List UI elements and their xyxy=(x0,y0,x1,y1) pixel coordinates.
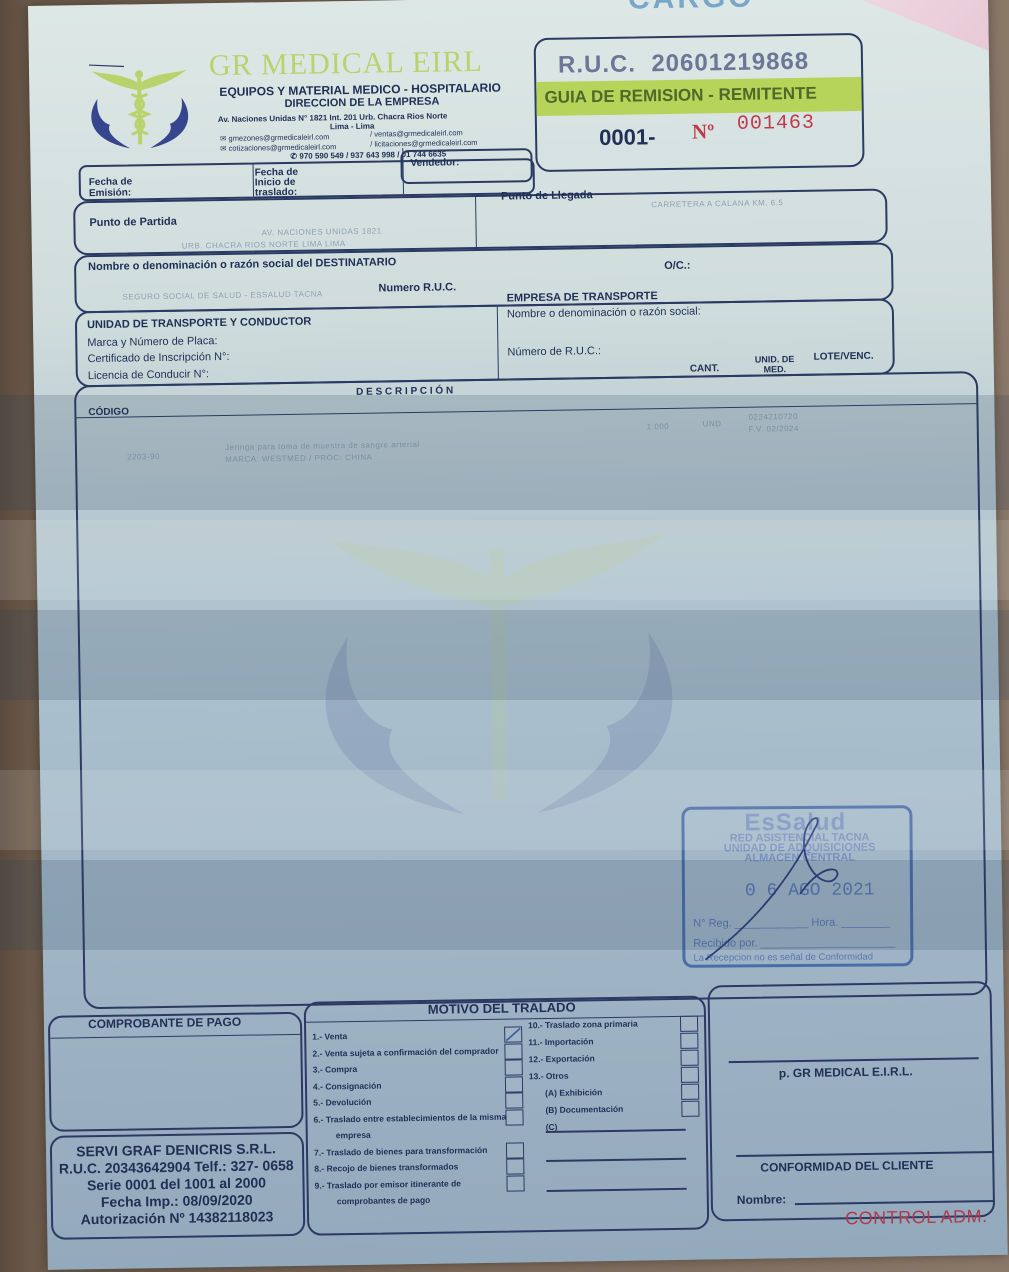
empresa-ruc-label: Número de R.U.C.: xyxy=(507,345,601,358)
remission-guide-sheet: CARGO GR MEDICAL EIRL EQUIPOS Y MATERIAL… xyxy=(28,0,1008,1270)
motivo-right-list xyxy=(28,0,988,6)
signature-box xyxy=(707,981,995,1221)
row-cant: 1.000 xyxy=(647,422,670,431)
comprobante-title: COMPROBANTE DE PAGO xyxy=(88,1015,241,1031)
motivo-option-label: 3.- Compra xyxy=(313,1064,358,1075)
client-conformity-label: CONFORMIDAD DEL CLIENTE xyxy=(760,1158,933,1175)
essalud-reception-stamp: EsSalud RED ASISTENCIAL TACNA UNIDAD DE … xyxy=(681,805,913,968)
motivo-option-label: comprobantes de pago xyxy=(337,1195,431,1206)
motivo-checkbox[interactable] xyxy=(506,1158,524,1174)
address-title: DIRECCION DE LA EMPRESA xyxy=(284,96,439,110)
motivo-checkbox[interactable] xyxy=(504,1026,522,1042)
certificado-label: Certificado de Inscripción N°: xyxy=(87,351,229,365)
motivo-checkbox[interactable] xyxy=(680,1016,698,1032)
nombre-label: Nombre: xyxy=(737,1192,787,1207)
punto-partida-label: Punto de Partida xyxy=(89,216,177,229)
address-line-2: Lima - Lima xyxy=(330,122,375,132)
oc-label: O/C.: xyxy=(664,260,690,272)
col-codigo: CÓDIGO xyxy=(88,406,129,418)
doc-type: GUIA DE REMISION - REMITENTE xyxy=(544,84,817,108)
doc-serie: 0001- xyxy=(599,124,656,151)
motivo-checkbox[interactable] xyxy=(505,1076,523,1092)
licencia-label: Licencia de Conducir N°: xyxy=(88,368,209,382)
ruc-box: R.U.C. 20601219868 GUIA DE REMISION - RE… xyxy=(534,33,865,172)
cargo-stamp-fragment: CARGO xyxy=(628,0,755,17)
motivo-checkbox[interactable] xyxy=(680,1050,698,1066)
motivo-option-label: (A) Exhibición xyxy=(545,1087,602,1098)
ruc-number: R.U.C. 20601219868 xyxy=(558,48,810,80)
sender-signature-label: p. GR MEDICAL E.I.R.L. xyxy=(779,1064,913,1080)
motivo-left-list xyxy=(28,0,988,6)
motivo-option-label: 11.- Importación xyxy=(528,1036,593,1047)
motivo-title: MOTIVO DEL TRALADO xyxy=(428,1000,576,1017)
motivo-checkbox[interactable] xyxy=(681,1101,699,1117)
motivo-checkbox[interactable] xyxy=(506,1142,524,1158)
motivo-checkbox[interactable] xyxy=(680,1033,698,1049)
motivo-checkbox[interactable] xyxy=(505,1092,523,1108)
row-codigo: 2203-90 xyxy=(127,452,160,462)
printer-info: SERVI GRAF DENICRIS S.R.L. R.U.C. 203436… xyxy=(52,1140,301,1229)
col-lote: LOTE/VENC. xyxy=(814,351,874,363)
signature-icon xyxy=(684,808,910,965)
motivo-checkbox[interactable] xyxy=(504,1043,522,1059)
motivo-option-label: 10.- Traslado zona primaria xyxy=(528,1019,638,1031)
empresa-transporte-label: EMPRESA DE TRANSPORTE xyxy=(507,290,658,304)
motivo-option-label: 1.- Venta xyxy=(312,1031,347,1042)
punto-llegada-label: Punto de Llegada xyxy=(501,189,593,202)
numero-ruc-label: Numero R.U.C. xyxy=(378,281,456,294)
copy-label: CONTROL ADM. xyxy=(845,1206,988,1229)
email-ventas: / ventas@grmedicaleirl.com xyxy=(370,128,463,138)
punto-partida-value-1: AV. NACIONES UNIDAS 1821 xyxy=(262,226,382,237)
number-symbol: Nº xyxy=(692,119,714,144)
col-unid: UNID. DE MED. xyxy=(750,354,800,375)
motivo-option-label: 4.- Consignación xyxy=(313,1080,382,1091)
doc-number: 001463 xyxy=(737,112,815,136)
col-descripcion: D E S C R I P C I Ó N xyxy=(356,385,453,398)
table-row: 2203-90 Jeringa para toma de muestra de … xyxy=(28,0,988,6)
phone-icon: ✆ xyxy=(290,152,299,161)
motivo-option-label: (C) xyxy=(546,1122,558,1132)
row-lote: 0224210720 xyxy=(748,412,798,422)
motivo-option-label: empresa xyxy=(336,1130,371,1141)
row-vencimiento: F.V. 02/2024 xyxy=(749,424,799,434)
motivo-checkbox[interactable] xyxy=(505,1059,523,1075)
watermark-logo-icon xyxy=(256,495,741,842)
vendedor-label: Vendedor: xyxy=(410,157,459,169)
comprobante-box xyxy=(48,1012,304,1132)
motivo-checkbox[interactable] xyxy=(681,1067,699,1083)
motivo-option-label: 5.- Devolución xyxy=(313,1097,371,1108)
company-name: GR MEDICAL EIRL xyxy=(209,45,483,83)
marca-placa-label: Marca y Número de Placa: xyxy=(87,335,217,349)
col-cant: CANT. xyxy=(690,363,720,374)
caduceus-logo-icon xyxy=(79,59,200,156)
motivo-checkbox[interactable] xyxy=(505,1109,523,1125)
motivo-option-label: (B) Documentación xyxy=(545,1104,623,1115)
doc-type-band: GUIA DE REMISION - REMITENTE xyxy=(536,77,861,116)
row-unid: UND xyxy=(703,419,722,428)
email-licitaciones: / licitaciones@grmedicaleirl.com xyxy=(370,138,477,149)
motivo-checkbox[interactable] xyxy=(681,1084,699,1100)
email-gmezones: ✉ gmezones@grmedicaleirl.com xyxy=(220,132,329,143)
motivo-checkbox[interactable] xyxy=(506,1175,524,1191)
motivo-option-label: 13.- Otros xyxy=(529,1071,569,1082)
fecha-emision-label: Fecha de Emisión: xyxy=(89,176,169,199)
motivo-option-label: 12.- Exportación xyxy=(529,1053,595,1064)
fecha-inicio-label: Fecha de Inicio de traslado: xyxy=(255,167,325,198)
